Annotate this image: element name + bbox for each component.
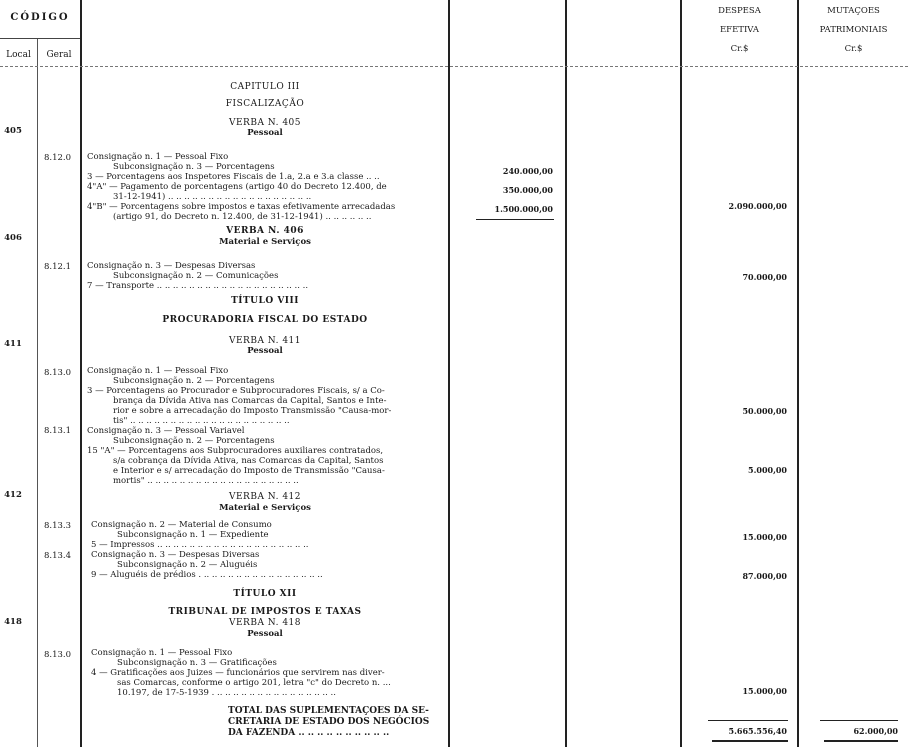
header-despesa-l3: Cr.$ — [682, 40, 797, 59]
col1-value: 240.000,00 — [452, 166, 553, 176]
local-code: 418 — [0, 617, 26, 627]
item-line: 31-12-1941) .. .. .. .. .. .. .. .. .. .… — [87, 192, 395, 202]
despesa-value: 15.000,00 — [684, 686, 787, 696]
item-block-406: Consignação n. 3 — Despesas Diversas Sub… — [87, 261, 308, 291]
consignacao-line: Consignação n. 1 — Pessoal Fixo — [87, 366, 391, 376]
col-divider-col1-col2 — [565, 0, 567, 747]
item-line: 4"A" — Pagamento de porcentagens (artigo… — [87, 182, 395, 192]
total-despesa: 5.665.556,40 — [684, 726, 787, 736]
subconsignacao-line: Subconsignação n. 2 — Comunicações — [87, 271, 308, 281]
header-despesa-l2: EFETIVA — [682, 21, 797, 40]
consignacao-line: Consignação n. 3 — Despesas Diversas — [91, 550, 323, 560]
title-heading: TÍTULO XII — [82, 589, 448, 599]
item-line: (artigo 91, do Decreto n. 12.400, de 31-… — [87, 212, 395, 222]
local-code: 411 — [0, 339, 26, 349]
section-heading: TRIBUNAL DE IMPOSTOS E TAXAS — [82, 607, 448, 617]
col-divider-despesa-mutacoes — [797, 0, 799, 747]
consignacao-line: Consignação n. 3 — Despesas Diversas — [87, 261, 308, 271]
geral-code: 8.13.3 — [44, 521, 71, 531]
item-line: 4"B" — Porcentagens sobre impostos e tax… — [87, 202, 395, 212]
item-line: 10.197, de 17-5-1939 . .. .. .. .. .. ..… — [91, 688, 391, 698]
item-line: e Interior e s/ arrecadação do Imposto d… — [87, 466, 385, 476]
col1-value: 350.000,00 — [452, 185, 553, 195]
header-mutacoes-l2: PATRIMONIAIS — [799, 21, 908, 40]
subconsignacao-line: Subconsignação n. 3 — Porcentagens — [87, 162, 395, 172]
total-label-l3: DA FAZENDA .. .. .. .. .. .. .. .. .. .. — [228, 728, 429, 739]
subconsignacao-line: Subconsignação n. 3 — Gratificações — [91, 658, 391, 668]
verba-heading: VERBA N. 405 — [82, 118, 448, 128]
consignacao-line: Consignação n. 3 — Pessoal Variavel — [87, 426, 385, 436]
geral-code: 8.13.1 — [44, 426, 71, 436]
title-heading: TÍTULO VIII — [82, 296, 448, 306]
col1-value: 1.500.000,00 — [452, 204, 553, 214]
chapter-heading: CAPITULO III — [82, 82, 448, 92]
header-local: Local — [0, 50, 37, 60]
consignacao-line: Consignação n. 2 — Material de Consumo — [91, 520, 308, 530]
geral-code: 8.13.4 — [44, 551, 71, 561]
despesa-value: 70.000,00 — [684, 272, 787, 282]
total-mutacoes: 62.000,00 — [800, 726, 898, 736]
verba-subheading: Pessoal — [82, 346, 448, 356]
total-despesa-top-rule — [708, 720, 788, 721]
item-line: mortis" .. .. .. .. .. .. .. .. .. .. ..… — [87, 476, 385, 486]
header-geral: Geral — [38, 50, 80, 60]
header-mutacoes-patrimoniais: MUTAÇOES PATRIMONIAIS Cr.$ — [799, 2, 908, 59]
item-block-412-consumo: Consignação n. 2 — Material de Consumo S… — [91, 520, 308, 550]
col1-subtotal-rule — [476, 219, 554, 220]
local-code: 412 — [0, 490, 26, 500]
subconsignacao-line: Subconsignação n. 2 — Porcentagens — [87, 436, 385, 446]
despesa-value: 5.000,00 — [684, 465, 787, 475]
item-line: tis" .. .. .. .. .. .. .. .. .. .. .. ..… — [87, 416, 391, 426]
item-line: 3 — Porcentagens ao Procurador e Subproc… — [87, 386, 391, 396]
header-mutacoes-l3: Cr.$ — [799, 40, 908, 59]
item-line: sas Comarcas, conforme o artigo 201, let… — [91, 678, 391, 688]
subconsignacao-line: Subconsignação n. 1 — Expediente — [91, 530, 308, 540]
verba-subheading: Material e Serviços — [82, 237, 448, 247]
local-code: 405 — [0, 126, 26, 136]
item-line: 3 — Porcentagens aos Inspetores Fiscais … — [87, 172, 395, 182]
section-heading: FISCALIZAÇÃO — [82, 99, 448, 109]
despesa-value: 2.090.000,00 — [684, 201, 787, 211]
item-line: s/a cobrança da Dívida Ativa, nas Comarc… — [87, 456, 385, 466]
item-line: 15 "A" — Porcentagens aos Subprocuradore… — [87, 446, 385, 456]
consignacao-line: Consignação n. 1 — Pessoal Fixo — [87, 152, 395, 162]
geral-code: 8.13.0 — [44, 650, 71, 660]
col-divider-local-geral — [37, 38, 38, 747]
geral-code: 8.12.0 — [44, 153, 71, 163]
total-despesa-bottom-rule — [712, 740, 788, 742]
item-line: rior e sobre a arrecadação do Imposto Tr… — [87, 406, 391, 416]
verba-subheading: Material e Serviços — [82, 503, 448, 513]
verba-heading: VERBA N. 411 — [82, 336, 448, 346]
geral-code: 8.12.1 — [44, 262, 71, 272]
despesa-value: 15.000,00 — [684, 532, 787, 542]
verba-heading: VERBA N. 418 — [82, 618, 448, 628]
local-code: 406 — [0, 233, 26, 243]
item-line: brança da Dívida Ativa nas Comarcas da C… — [87, 396, 391, 406]
total-label-l2: CRETARIA DE ESTADO DOS NEGÓCIOS — [228, 717, 429, 728]
item-block-411-fixo: Consignação n. 1 — Pessoal Fixo Subconsi… — [87, 366, 391, 426]
header-sub-rule — [0, 38, 80, 39]
consignacao-line: Consignação n. 1 — Pessoal Fixo — [91, 648, 391, 658]
verba-heading: VERBA N. 406 — [82, 226, 448, 236]
header-codigo: CÓDIGO — [0, 12, 80, 23]
verba-heading: VERBA N. 412 — [82, 492, 448, 502]
col-divider-col2-despesa — [680, 0, 682, 747]
col-divider-desc-col1 — [448, 0, 450, 747]
geral-code: 8.13.0 — [44, 368, 71, 378]
header-despesa-l1: DESPESA — [682, 2, 797, 21]
verba-subheading: Pessoal — [82, 128, 448, 138]
verba-subheading: Pessoal — [82, 629, 448, 639]
header-rule — [0, 66, 908, 68]
item-line: 4 — Gratificações aos Juizes — funcionár… — [91, 668, 391, 678]
item-block-418: Consignação n. 1 — Pessoal Fixo Subconsi… — [91, 648, 391, 698]
subconsignacao-line: Subconsignação n. 2 — Aluguéis — [91, 560, 323, 570]
item-block-405: Consignação n. 1 — Pessoal Fixo Subconsi… — [87, 152, 395, 222]
total-mutacoes-bottom-rule — [824, 740, 898, 742]
despesa-value: 87.000,00 — [684, 571, 787, 581]
total-label: TOTAL DAS SUPLEMENTAÇOES DA SE- CRETARIA… — [228, 706, 429, 739]
section-heading: PROCURADORIA FISCAL DO ESTADO — [82, 315, 448, 325]
item-line: 7 — Transporte .. .. .. .. .. .. .. .. .… — [87, 281, 308, 291]
total-label-l1: TOTAL DAS SUPLEMENTAÇOES DA SE- — [228, 706, 429, 717]
header-despesa-efetiva: DESPESA EFETIVA Cr.$ — [682, 2, 797, 59]
header-mutacoes-l1: MUTAÇOES — [799, 2, 908, 21]
total-mutacoes-top-rule — [820, 720, 898, 721]
item-block-412-diversas: Consignação n. 3 — Despesas Diversas Sub… — [91, 550, 323, 580]
despesa-value: 50.000,00 — [684, 406, 787, 416]
subconsignacao-line: Subconsignação n. 2 — Porcentagens — [87, 376, 391, 386]
item-line: 9 — Aluguéis de prédios . .. .. .. .. ..… — [91, 570, 323, 580]
item-line: 5 — Impressos .. .. .. .. .. .. .. .. ..… — [91, 540, 308, 550]
item-block-411-variavel: Consignação n. 3 — Pessoal Variavel Subc… — [87, 426, 385, 486]
